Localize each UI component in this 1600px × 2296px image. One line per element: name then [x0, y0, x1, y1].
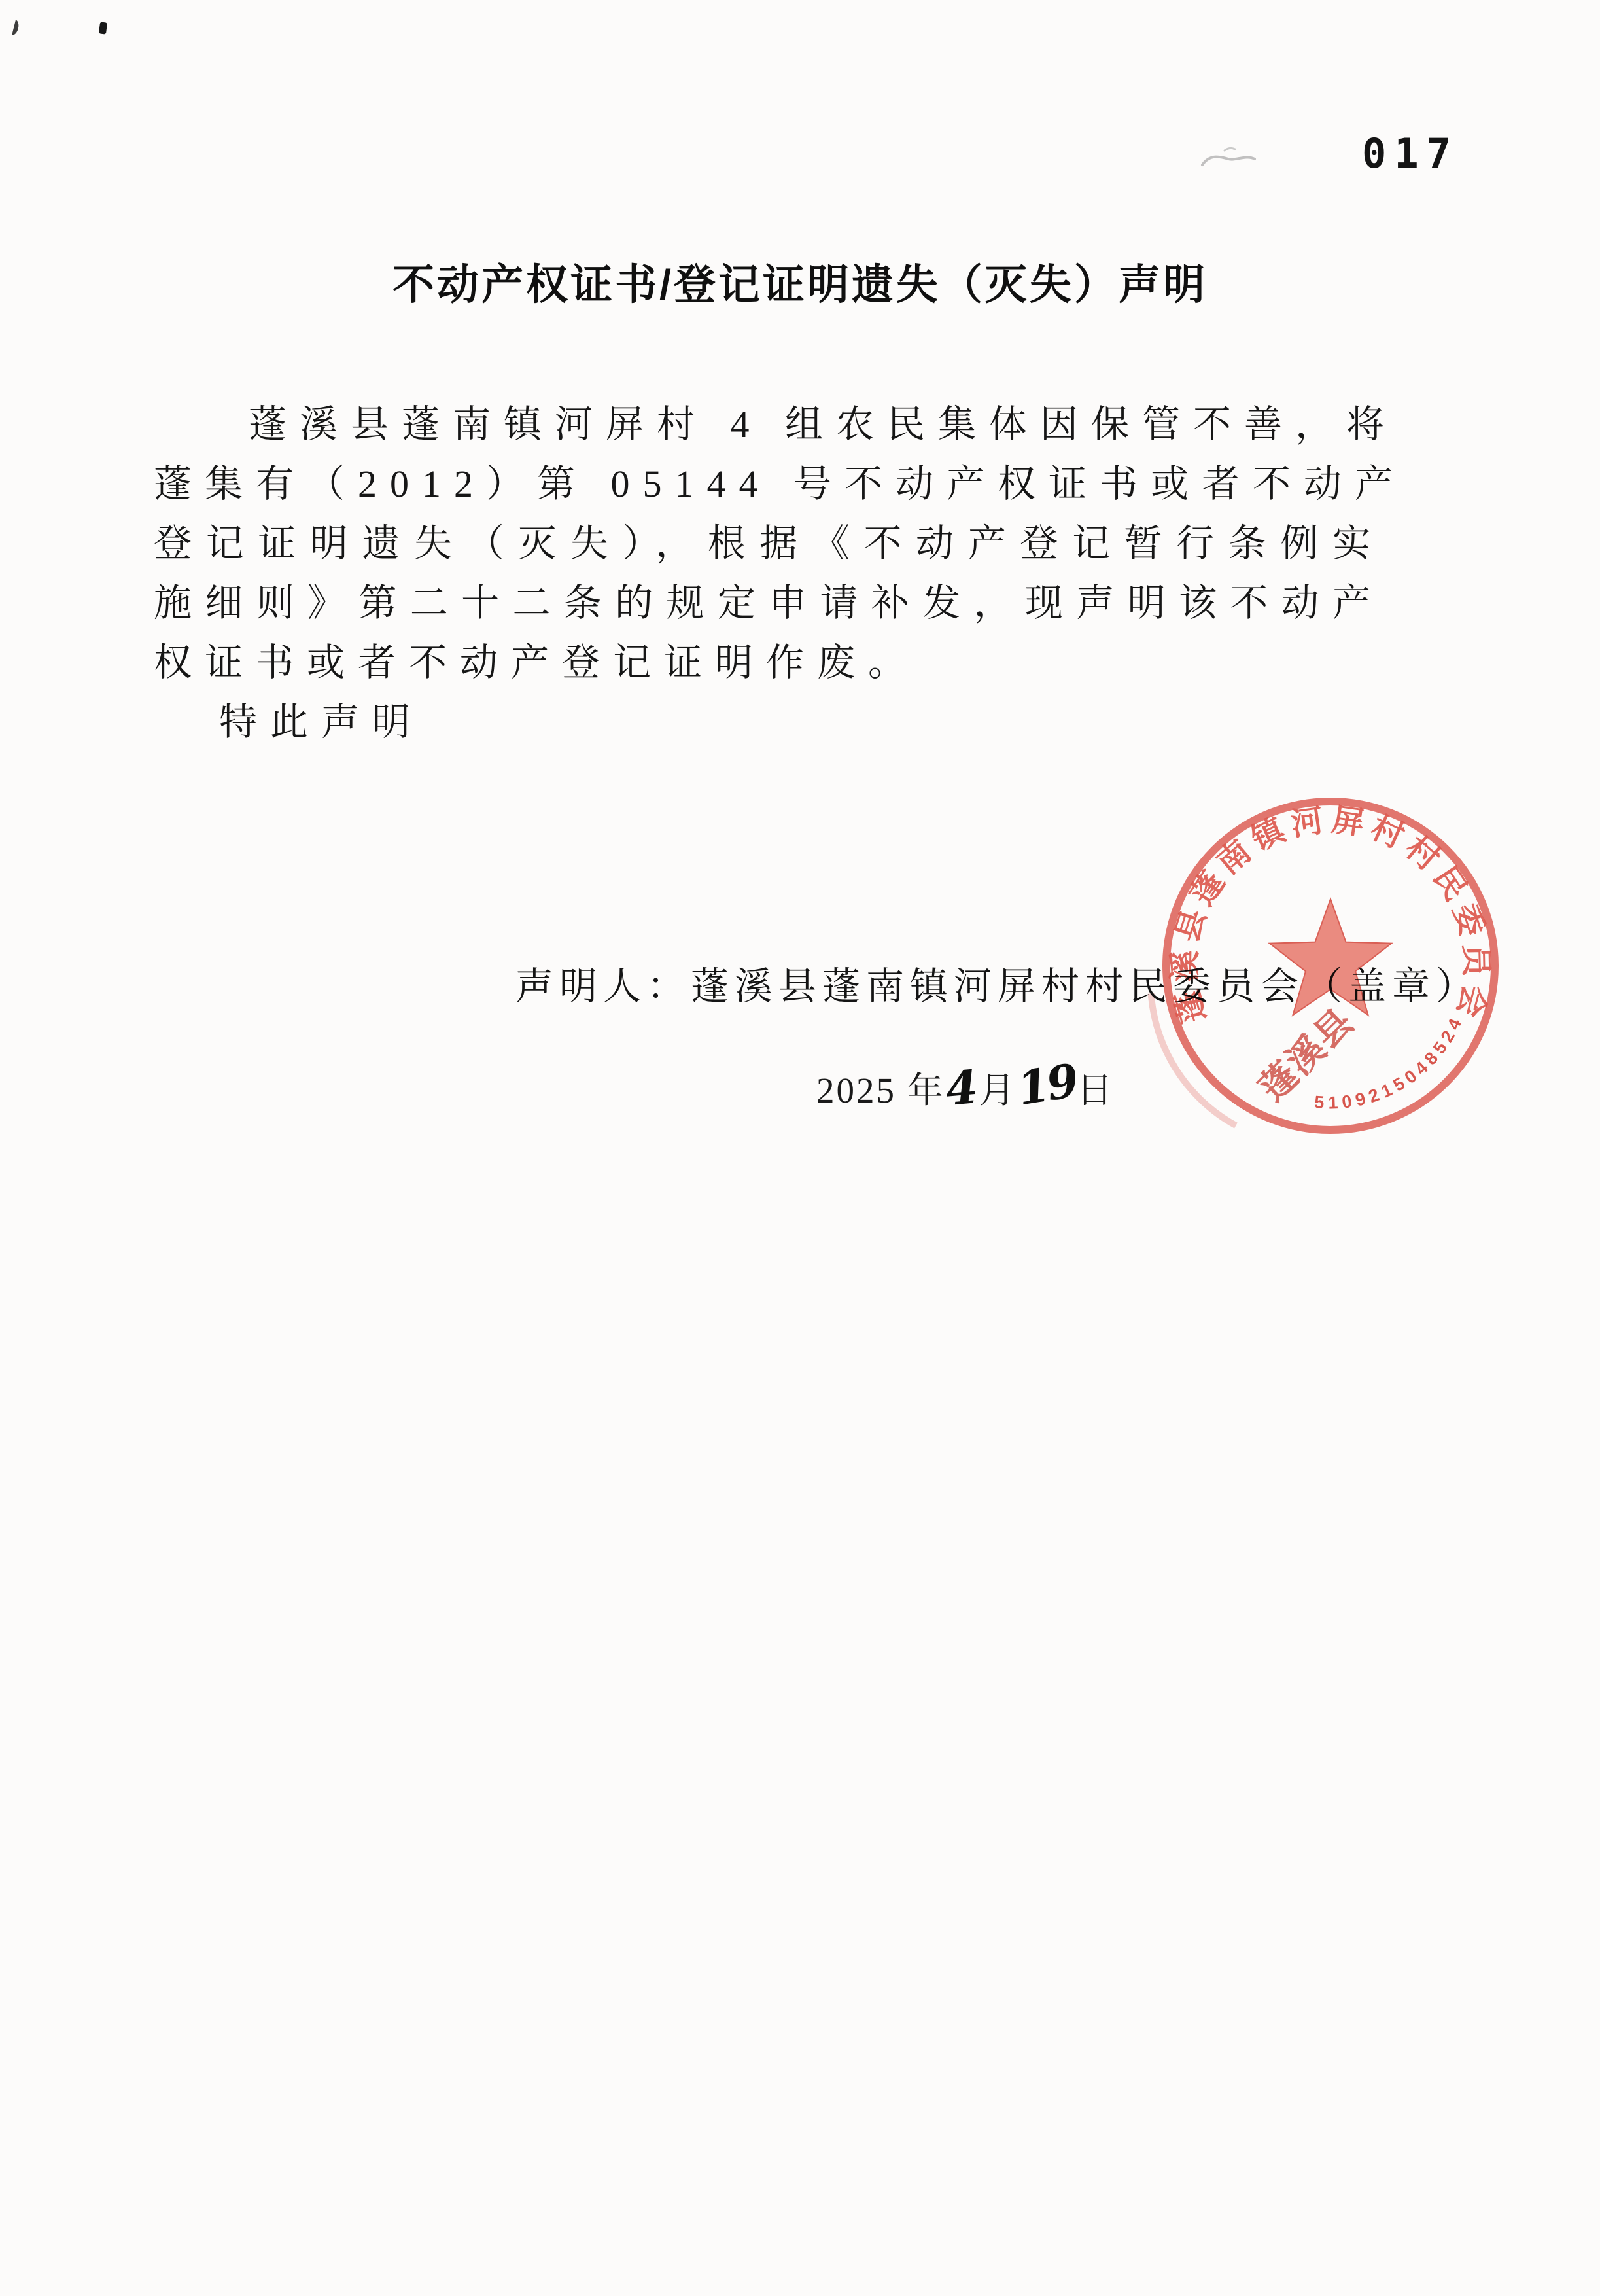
body-paragraph: 蓬溪县蓬南镇河屏村 4 组农民集体因保管不善，将 蓬集有（2012）第 0514…: [154, 395, 1383, 752]
scan-smudge: [1198, 139, 1259, 179]
date-month-handwritten: 4: [945, 1069, 980, 1107]
body-line: 权证书或者不动产登记证明作废。: [154, 633, 1383, 692]
body-line: 施细则》第二十二条的规定申请补发，现声明该不动产: [154, 573, 1383, 633]
date-line: 2025 年4月19日: [816, 1061, 1115, 1113]
document-title: 不动产权证书/登记证明遗失（灭失）声明: [0, 251, 1600, 311]
date-day-handwritten: 19: [1015, 1062, 1078, 1106]
closing-line: 特此声明: [154, 692, 1383, 752]
red-star-icon: [1270, 899, 1391, 1015]
date-month-label: 月: [979, 1070, 1017, 1110]
scan-speck: [99, 22, 107, 34]
official-stamp-icon: 蓬溪县蓬南镇河屏村村民委员会 5109215048524 蓬溪县: [1146, 781, 1514, 1152]
body-line: 登记证明遗失（灭失），根据《不动产登记暂行条例实: [154, 514, 1383, 573]
date-day-label: 日: [1077, 1070, 1115, 1110]
page-number: 017: [1362, 130, 1459, 177]
date-year-text: 2025 年: [816, 1070, 945, 1110]
scan-speck: [7, 19, 20, 37]
body-line: 蓬集有（2012）第 05144 号不动产权证书或者不动产: [154, 454, 1383, 514]
scanned-document-page: 017 不动产权证书/登记证明遗失（灭失）声明 蓬溪县蓬南镇河屏村 4 组农民集…: [0, 0, 1600, 2296]
body-line: 蓬溪县蓬南镇河屏村 4 组农民集体因保管不善，将: [154, 395, 1383, 454]
